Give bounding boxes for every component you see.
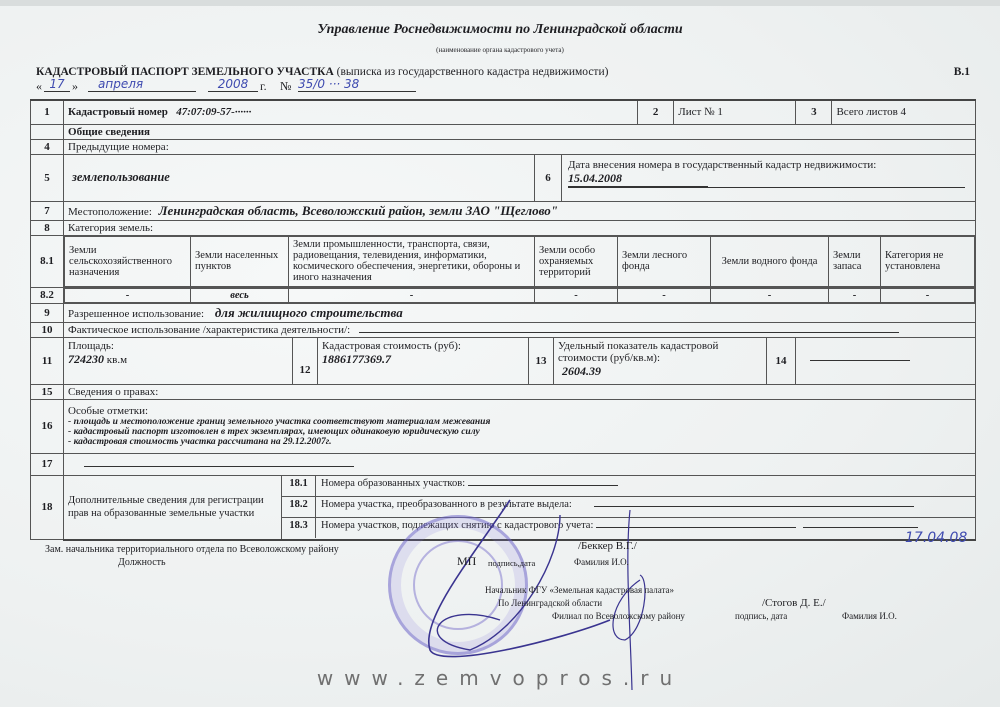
signatory2-position-line1: Начальник ФГУ «Земельная кадастровая пал… [485,585,674,595]
signatory2-name: /Стогов Д. Е./ [762,597,826,609]
seal-place: МП [457,554,476,569]
signature-date-caption: подпись, дата [735,611,787,621]
handwritten-date: 17.04.08 [905,530,967,546]
signatory1-position: Зам. начальника территориального отдела … [45,544,339,555]
watermark-url: www.zemvopros.ru [0,666,1000,690]
document-page: Управление Роснедвижимости по Ленинградс… [0,0,1000,707]
name-caption: Фамилия И.О. [842,611,897,621]
name-caption: Фамилия И.О. [574,557,629,567]
signatory2-position-line2: По Ленинградской области [498,598,602,608]
signatory2-position-line3: Филиал по Всеволожскому району [552,611,685,621]
signature-date-caption: подпись,дата [488,558,535,568]
position-caption: Должность [118,557,166,568]
signatory1-name: /Беккер В.Г./ [578,540,637,552]
